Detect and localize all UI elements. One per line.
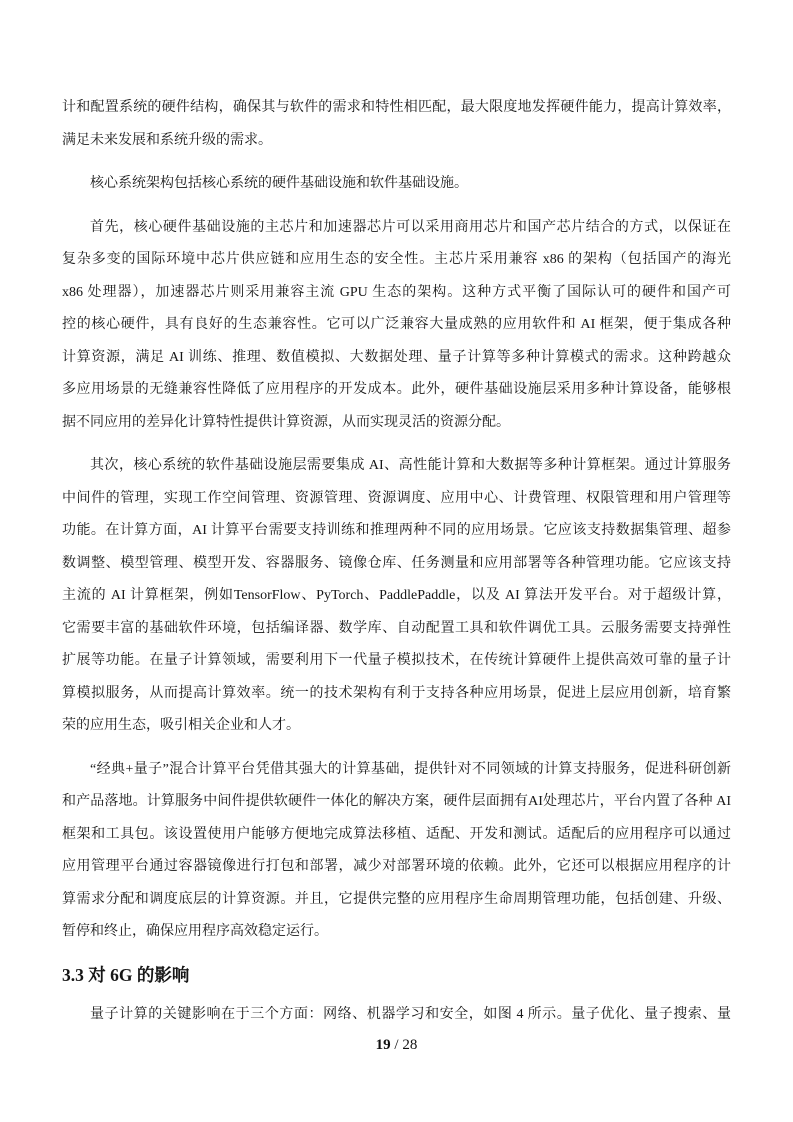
text-line: 多应用场景的无缝兼容性降低了应用程序的开发成本。此外，硬件基础设施层采用多种计算… [62,374,731,407]
text-line: 中间件的管理，实现工作空间管理、资源管理、资源调度、应用中心、计费管理、权限管理… [62,483,731,516]
text-line: “经典+量子”混合计算平台凭借其强大的计算基础，提供针对不同领域的计算支持服务，… [62,754,731,787]
text-line: 控的核心硬件，具有良好的生态兼容性。它可以广泛兼容大量成熟的应用软件和 AI 框… [62,309,731,342]
text-line: 复杂多变的国际环境中芯片供应链和应用生态的安全性。主芯片采用兼容 x86 的架构… [62,244,731,277]
paragraph-hardware-infrastructure: 首先，核心硬件基础设施的主芯片和加速器芯片可以采用商用芯片和国产芯片结合的方式，… [62,212,731,440]
text-line: 框架和工具包。该设置使用户能够方便地完成算法移植、适配、开发和测试。适配后的应用… [62,819,731,852]
text-line: 计和配置系统的硬件结构，确保其与软件的需求和特性相匹配，最大限度地发挥硬件能力，… [62,92,731,125]
text-line: 和产品落地。计算服务中间件提供软硬件一体化的解决方案，硬件层面拥有AI处理芯片，… [62,786,731,819]
paragraph-software-infrastructure: 其次，核心系统的软件基础设施层需要集成 AI、高性能计算和大数据等多种计算框架。… [62,450,731,743]
page-number-total: 28 [402,1037,417,1053]
paragraph-continuation: 计和配置系统的硬件结构，确保其与软件的需求和特性相匹配，最大限度地发挥硬件能力，… [62,92,731,157]
text-line: 扩展等功能。在量子计算领域，需要利用下一代量子模拟技术，在传统计算硬件上提供高效… [62,645,731,678]
paragraph-hybrid-platform: “经典+量子”混合计算平台凭借其强大的计算基础，提供针对不同领域的计算支持服务，… [62,754,731,949]
text-line: 首先，核心硬件基础设施的主芯片和加速器芯片可以采用商用芯片和国产芯片结合的方式，… [62,212,731,245]
page-footer: 19 / 28 [0,1035,793,1055]
text-line: 荣的应用生态，吸引相关企业和人才。 [62,710,731,743]
text-line: 主流的 AI 计算框架，例如TensorFlow、PyTorch、PaddleP… [62,580,731,613]
text-line: x86 处理器），加速器芯片则采用兼容主流 GPU 生态的架构。这种方式平衡了国… [62,277,731,310]
text-line: 应用管理平台通过容器镜像进行打包和部署，减少对部署环境的依赖。此外，它还可以根据… [62,851,731,884]
paragraph-6g-impact: 量子计算的关键影响在于三个方面：网络、机器学习和安全，如图 4 所示。量子优化、… [62,999,731,1032]
text-line: 核心系统架构包括核心系统的硬件基础设施和软件基础设施。 [62,168,731,201]
text-line: 计算资源，满足 AI 训练、推理、数值模拟、大数据处理、量子计算等多种计算模式的… [62,342,731,375]
text-line: 满足未来发展和系统升级的需求。 [62,125,731,158]
text-line: 暂停和终止，确保应用程序高效稳定运行。 [62,916,731,949]
page-number-separator: / [391,1037,403,1053]
paragraph-core-architecture: 核心系统架构包括核心系统的硬件基础设施和软件基础设施。 [62,168,731,201]
text-line: 它需要丰富的基础软件环境，包括编译器、数学库、自动配置工具和软件调优工具。云服务… [62,613,731,646]
text-line: 算模拟服务，从而提高计算效率。统一的技术架构有利于支持各种应用场景，促进上层应用… [62,678,731,711]
page-number-current: 19 [376,1037,391,1053]
text-line: 其次，核心系统的软件基础设施层需要集成 AI、高性能计算和大数据等多种计算框架。… [62,450,731,483]
text-line: 量子计算的关键影响在于三个方面：网络、机器学习和安全，如图 4 所示。量子优化、… [62,999,731,1032]
text-line: 算需求分配和调度底层的计算资源。并且，它提供完整的应用程序生命周期管理功能，包括… [62,884,731,917]
text-line: 据不同应用的差异化计算特性提供计算资源，从而实现灵活的资源分配。 [62,407,731,440]
text-line: 功能。在计算方面，AI 计算平台需要支持训练和推理两种不同的应用场景。它应该支持… [62,515,731,548]
text-line: 数调整、模型管理、模型开发、容器服务、镜像仓库、任务测量和应用部署等各种管理功能… [62,548,731,581]
document-page: 计和配置系统的硬件结构，确保其与软件的需求和特性相匹配，最大限度地发挥硬件能力，… [0,0,793,1122]
section-heading: 3.3 对 6G 的影响 [62,960,731,990]
page-content: 计和配置系统的硬件结构，确保其与软件的需求和特性相匹配，最大限度地发挥硬件能力，… [0,0,793,1031]
